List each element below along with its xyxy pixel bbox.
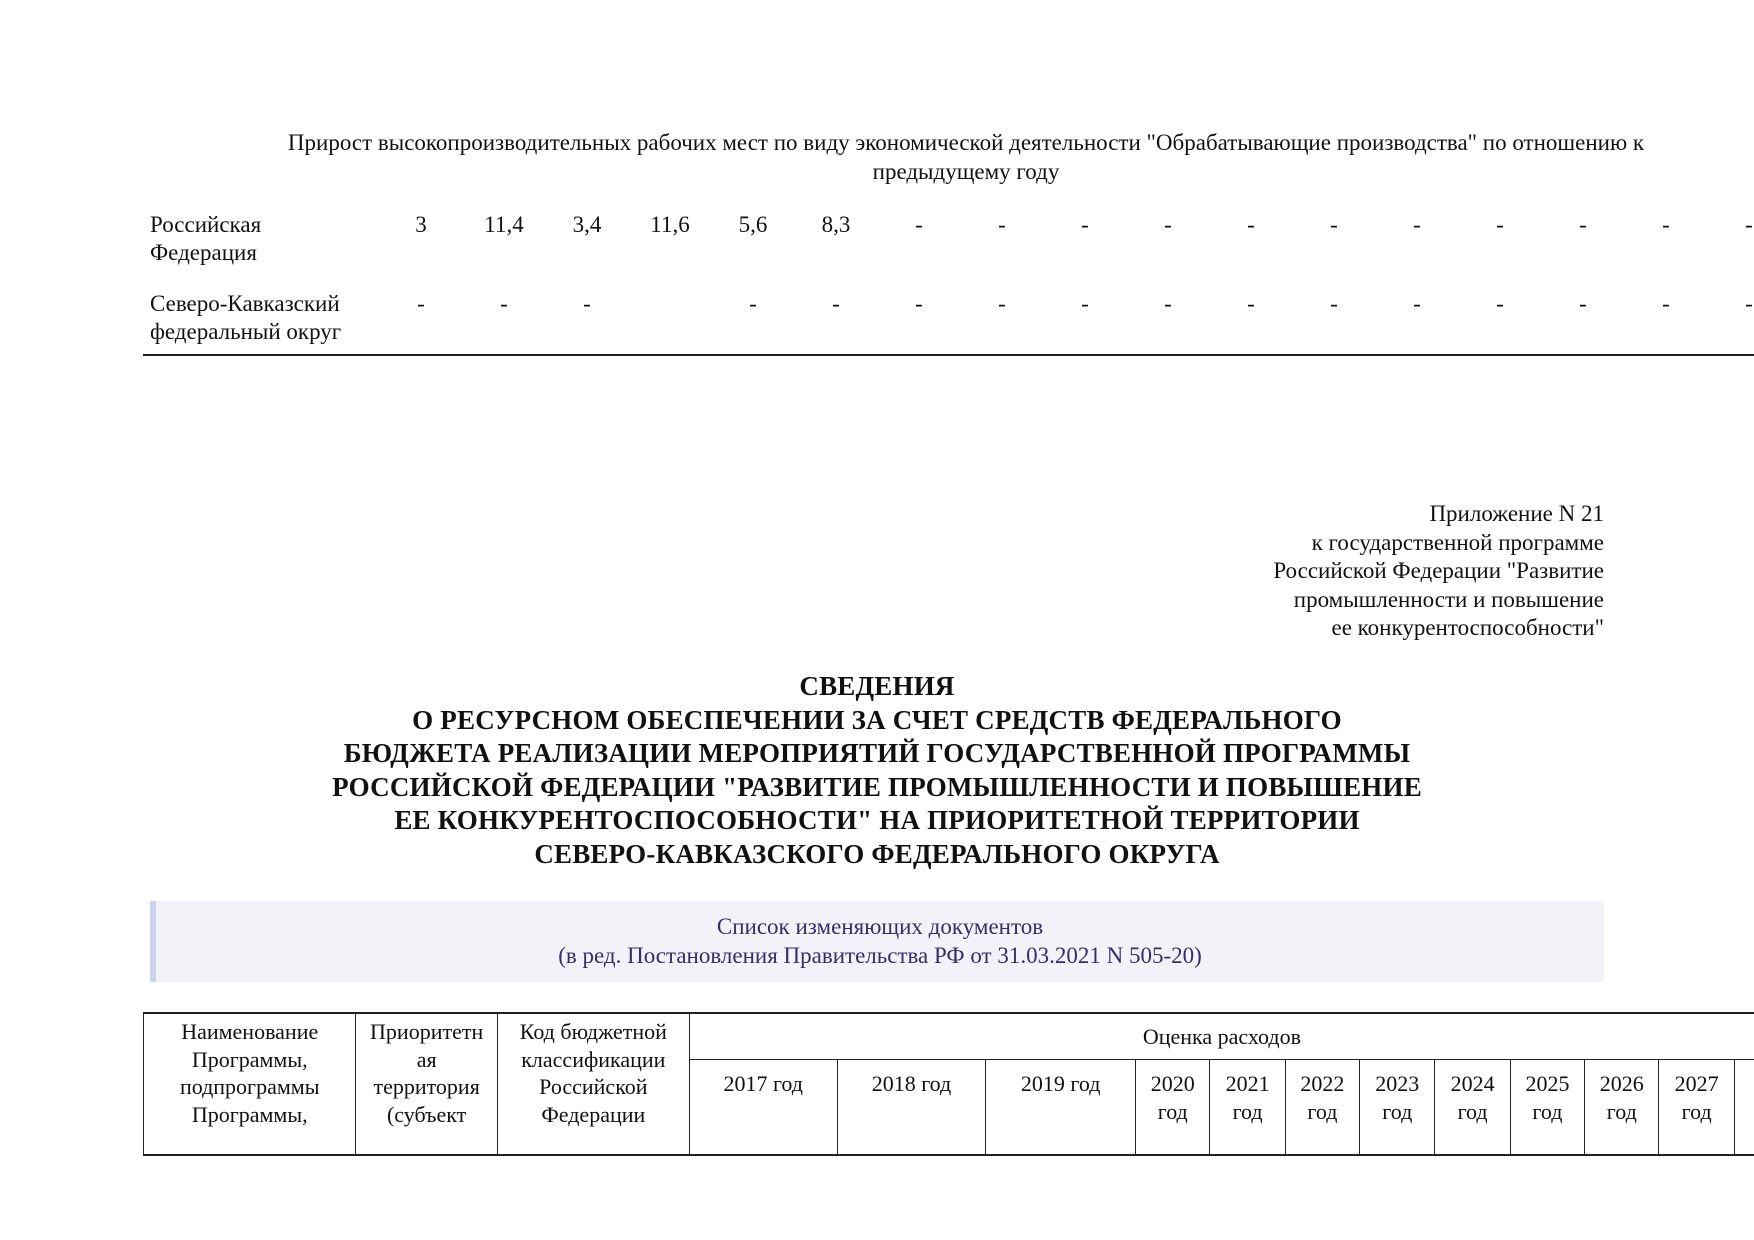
indicator-value-cell: 8,3 [796, 211, 876, 239]
title-line: БЮДЖЕТА РЕАЛИЗАЦИИ МЕРОПРИЯТИЙ ГОСУДАРСТ… [150, 737, 1604, 771]
column-header-priority-territory: Приоритетн ая территория (субъект [356, 1013, 497, 1155]
column-header-program-name: Наименование Программы, подпрограммы Про… [144, 1013, 356, 1155]
indicator-caption-line2: предыдущему году [210, 157, 1722, 186]
indicator-value-cell: 5,6 [713, 211, 793, 239]
indicator-value-cell: - [1211, 290, 1291, 318]
notice-heading: Список изменяющих документов [156, 912, 1604, 941]
indicator-value-cell: - [1626, 290, 1706, 318]
indicator-value-cell: - [547, 290, 627, 318]
column-header-year: 2017 год [689, 1060, 837, 1156]
indicator-value-cell: - [1709, 290, 1754, 318]
indicator-value-cell: 3,4 [547, 211, 627, 239]
column-header-year: 2026год [1585, 1060, 1659, 1156]
column-header-year: 2021год [1210, 1060, 1285, 1156]
indicator-value-cell: 11,6 [630, 211, 710, 239]
indicator-value-cell: 11,4 [464, 211, 544, 239]
indicator-value-cell: - [1377, 211, 1457, 239]
column-header-budget-code: Код бюджетной классификации Российской Ф… [497, 1013, 689, 1155]
title-line: СВЕДЕНИЯ [150, 670, 1604, 704]
title-line: РОССИЙСКОЙ ФЕДЕРАЦИИ "РАЗВИТИЕ ПРОМЫШЛЕН… [150, 771, 1604, 805]
indicator-value-cell: - [879, 211, 959, 239]
budget-table-header: Наименование Программы, подпрограммы Про… [143, 1012, 1754, 1156]
title-line: ЕЕ КОНКУРЕНТОСПОСОБНОСТИ" НА ПРИОРИТЕТНО… [150, 804, 1604, 838]
table-divider [143, 354, 1754, 356]
indicator-value-cell: - [1211, 211, 1291, 239]
appendix-line: ее конкурентоспособности" [1273, 614, 1604, 643]
indicator-caption-line1: Прирост высокопроизводительных рабочих м… [210, 128, 1722, 157]
indicator-value-cell: - [1543, 211, 1623, 239]
indicator-row-label: Северо-Кавказскийфедеральный округ [150, 290, 390, 346]
title-line: СЕВЕРО-КАВКАЗСКОГО ФЕДЕРАЛЬНОГО ОКРУГА [150, 838, 1604, 872]
indicator-value-cell: - [1045, 211, 1125, 239]
indicator-value-cell: - [1045, 290, 1125, 318]
indicator-value-cell: - [1128, 290, 1208, 318]
column-header-year: 2020год [1136, 1060, 1210, 1156]
title-line: О РЕСУРСНОМ ОБЕСПЕЧЕНИИ ЗА СЧЕТ СРЕДСТВ … [150, 704, 1604, 738]
indicator-value-cell: - [1294, 211, 1374, 239]
indicator-value-cell: - [1709, 211, 1754, 239]
indicator-value-cell: - [796, 290, 876, 318]
indicator-value-cell: - [381, 290, 461, 318]
column-header-year: 2025год [1510, 1060, 1584, 1156]
column-header-year: 2027год [1659, 1060, 1734, 1156]
indicator-value-cell: - [1460, 211, 1540, 239]
appendix-line: промышленности и повышение [1273, 586, 1604, 615]
column-header-year: 2024год [1435, 1060, 1510, 1156]
indicator-value-cell: - [1626, 211, 1706, 239]
appendix-reference: Приложение N 21 к государственной програ… [1273, 500, 1604, 643]
column-header-year: 2019 год [986, 1060, 1136, 1156]
indicator-value-cell: - [1294, 290, 1374, 318]
indicator-caption: Прирост высокопроизводительных рабочих м… [210, 128, 1722, 186]
indicator-value-cell: - [1377, 290, 1457, 318]
amending-documents-notice: Список изменяющих документов (в ред. Пос… [150, 901, 1604, 982]
indicator-value-cell: - [1460, 290, 1540, 318]
indicator-value-cell: - [1543, 290, 1623, 318]
indicator-value-cell: - [962, 211, 1042, 239]
column-header-year-truncated [1734, 1060, 1754, 1156]
indicator-value-cell: - [879, 290, 959, 318]
indicator-value-cell: - [1128, 211, 1208, 239]
column-group-expense-estimate: Оценка расходов [689, 1013, 1754, 1060]
indicator-value-cell: 3 [381, 211, 461, 239]
appendix-line: Приложение N 21 [1273, 500, 1604, 529]
appendix-line: Российской Федерации "Развитие [1273, 557, 1604, 586]
column-header-year: 2018 год [837, 1060, 986, 1156]
indicator-value-cell: - [713, 290, 793, 318]
column-header-year: 2023год [1360, 1060, 1435, 1156]
notice-amendment-link[interactable]: (в ред. Постановления Правительства РФ о… [156, 941, 1604, 970]
indicator-row-label: РоссийскаяФедерация [150, 211, 390, 267]
document-title: СВЕДЕНИЯ О РЕСУРСНОМ ОБЕСПЕЧЕНИИ ЗА СЧЕТ… [150, 670, 1604, 872]
appendix-line: к государственной программе [1273, 529, 1604, 558]
indicator-value-cell: - [962, 290, 1042, 318]
column-header-year: 2022год [1285, 1060, 1359, 1156]
indicator-value-cell: - [464, 290, 544, 318]
